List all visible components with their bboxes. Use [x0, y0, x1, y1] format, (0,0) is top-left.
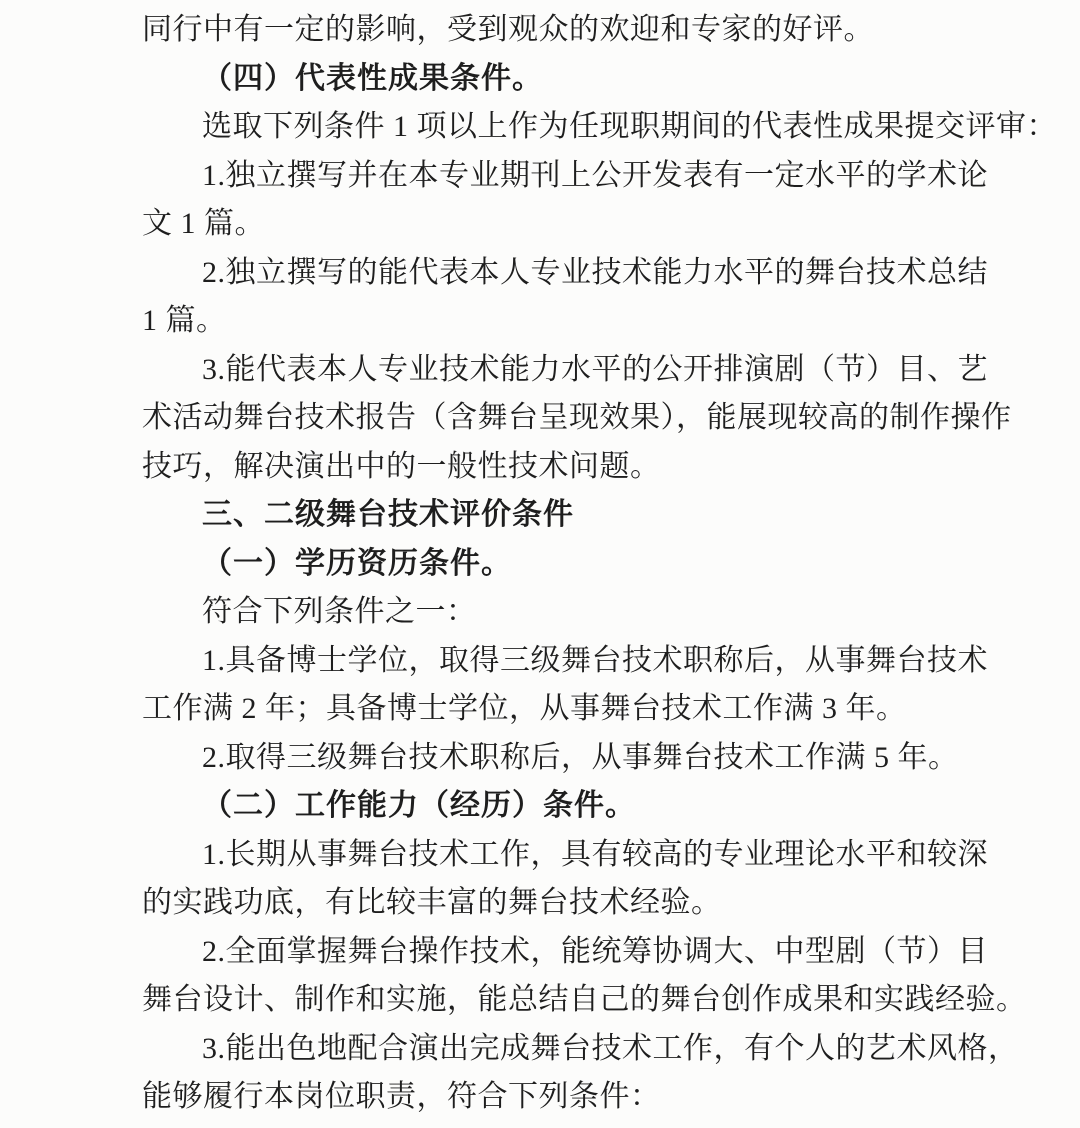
body-text-line: 1.独立撰写并在本专业期刊上公开发表有一定水平的学术论 [142, 152, 948, 201]
body-text-line: 2.全面掌握舞台操作技术，能统筹协调大、中型剧（节）目 [142, 928, 948, 977]
body-text-line: 3.能出色地配合演出完成舞台技术工作，有个人的艺术风格， [142, 1025, 948, 1074]
document-page: 同行中有一定的影响，受到观众的欢迎和专家的好评。（四）代表性成果条件。选取下列条… [0, 0, 1080, 1128]
body-text-line: 选取下列条件 1 项以上作为任现职期间的代表性成果提交评审： [142, 103, 948, 152]
heading-line: （四）代表性成果条件。 [142, 55, 948, 104]
body-text-line: 符合下列条件之一： [142, 588, 948, 637]
body-text-line: 工作满 2 年；具备博士学位，从事舞台技术工作满 3 年。 [142, 685, 948, 734]
body-text-line: 1.具备博士学位，取得三级舞台技术职称后，从事舞台技术 [142, 637, 948, 686]
document-text-block: 同行中有一定的影响，受到观众的欢迎和专家的好评。（四）代表性成果条件。选取下列条… [142, 6, 948, 1122]
body-text-line: 1 篇。 [142, 297, 948, 346]
body-text-line: 3.能代表本人专业技术能力水平的公开排演剧（节）目、艺 [142, 346, 948, 395]
body-text-line: 1.长期从事舞台技术工作，具有较高的专业理论水平和较深 [142, 831, 948, 880]
body-text-line: 舞台设计、制作和实施，能总结自己的舞台创作成果和实践经验。 [142, 976, 948, 1025]
heading-line: （一）学历资历条件。 [142, 540, 948, 589]
body-text-line: 的实践功底，有比较丰富的舞台技术经验。 [142, 879, 948, 928]
body-text-line: 能够履行本岗位职责，符合下列条件： [142, 1073, 948, 1122]
heading-line: 三、二级舞台技术评价条件 [142, 491, 948, 540]
heading-line: （二）工作能力（经历）条件。 [142, 782, 948, 831]
body-text-line: 同行中有一定的影响，受到观众的欢迎和专家的好评。 [142, 6, 948, 55]
body-text-line: 2.独立撰写的能代表本人专业技术能力水平的舞台技术总结 [142, 249, 948, 298]
body-text-line: 技巧，解决演出中的一般性技术问题。 [142, 443, 948, 492]
body-text-line: 术活动舞台技术报告（含舞台呈现效果），能展现较高的制作操作 [142, 394, 948, 443]
body-text-line: 文 1 篇。 [142, 200, 948, 249]
body-text-line: 2.取得三级舞台技术职称后，从事舞台技术工作满 5 年。 [142, 734, 948, 783]
